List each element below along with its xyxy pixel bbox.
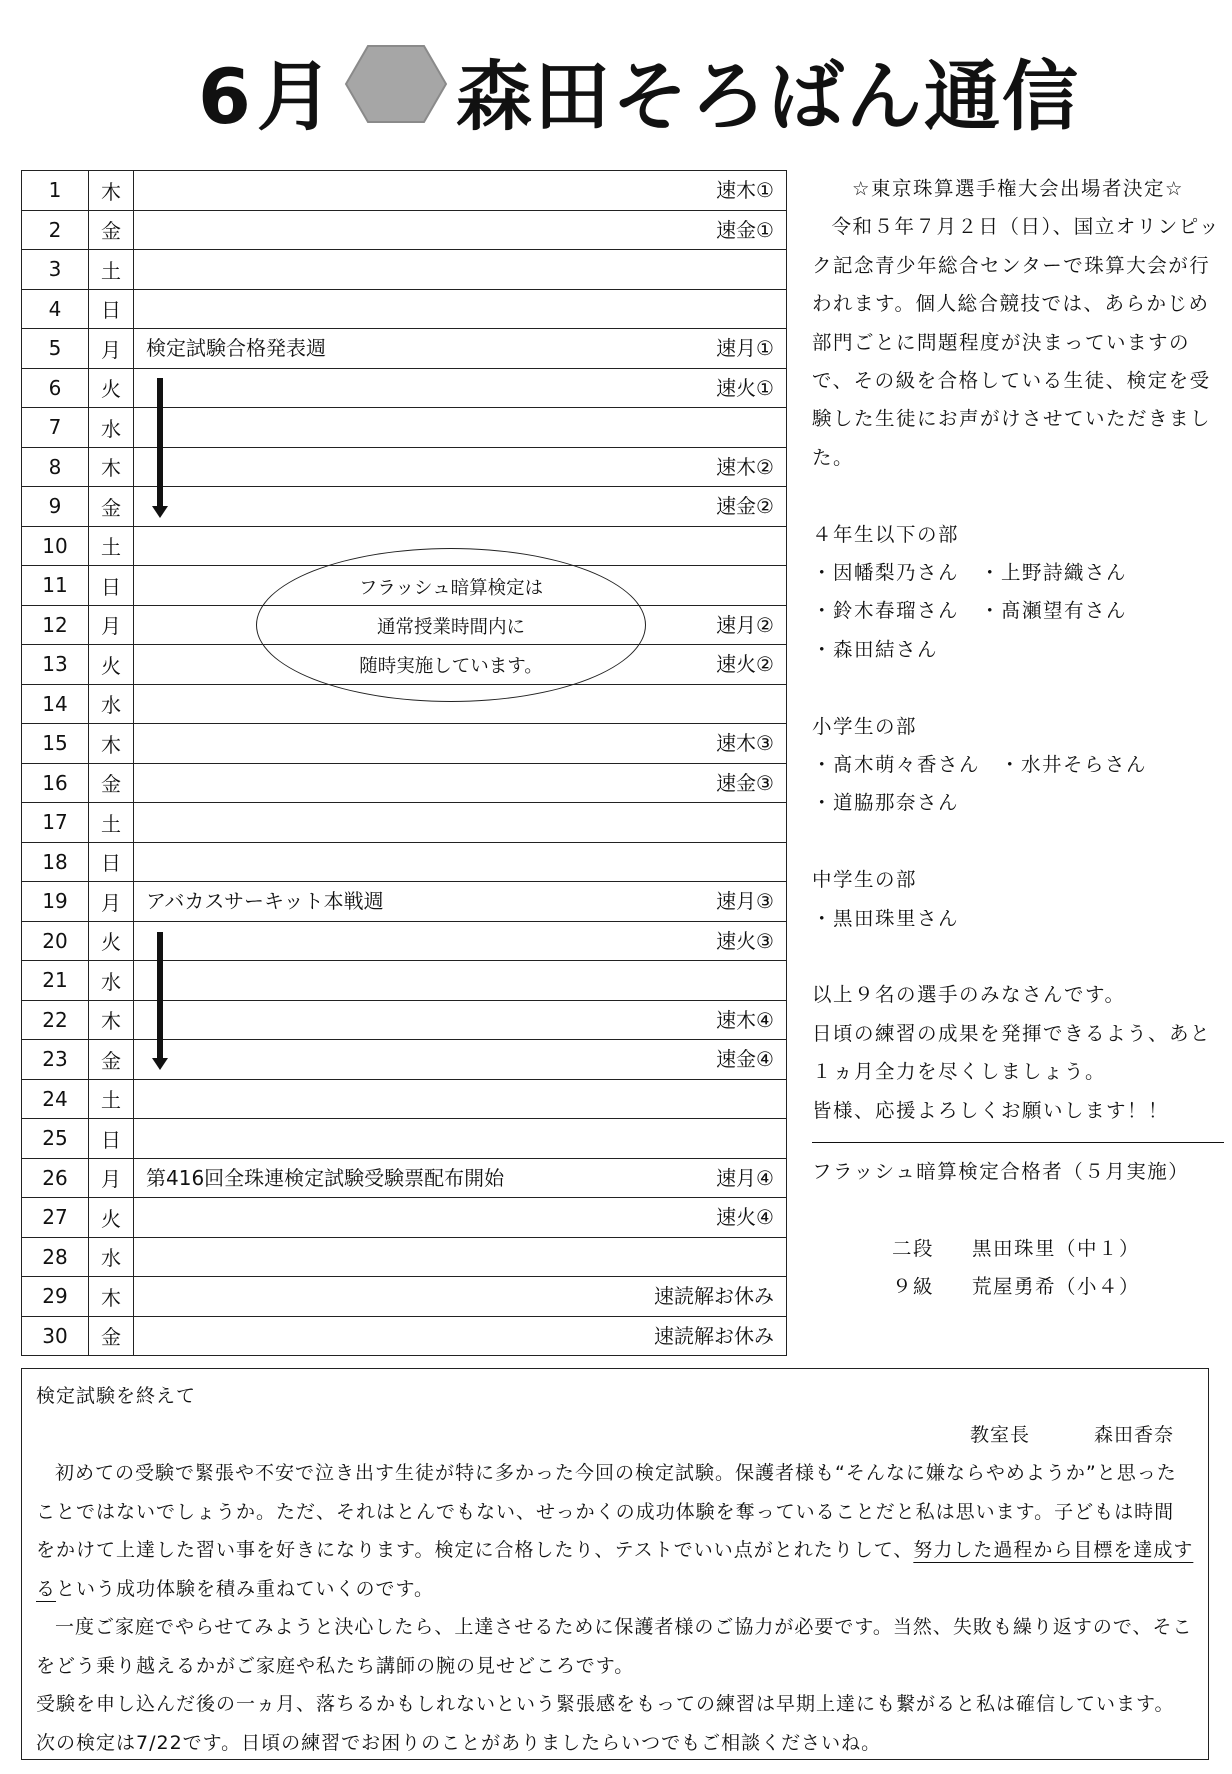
- participant-name: ・黒田珠里さん: [812, 900, 980, 938]
- event-cell: [134, 803, 787, 843]
- day-number: 28: [22, 1237, 89, 1277]
- weekday: 火: [89, 921, 134, 961]
- day-number: 20: [22, 921, 89, 961]
- closing-line: 皆様、応援よろしくお願いします！！: [812, 1092, 1224, 1130]
- day-number: 25: [22, 1119, 89, 1159]
- participant-row: ・森田結さん: [812, 631, 1224, 669]
- weekday: 月: [89, 1158, 134, 1198]
- weekday: 水: [89, 961, 134, 1001]
- weekday: 金: [89, 763, 134, 803]
- speed-class-note: 速木③: [716, 724, 774, 762]
- day-number: 7: [22, 408, 89, 448]
- calendar-row: 29木速読解お休み: [22, 1277, 787, 1317]
- day-number: 26: [22, 1158, 89, 1198]
- day-number: 9: [22, 487, 89, 527]
- flash-results-title: フラッシュ暗算検定合格者（５月実施）: [812, 1153, 1224, 1191]
- participant-row: ・道脇那奈さん: [812, 784, 1224, 822]
- event-cell: [134, 961, 787, 1001]
- event-text: アバカスサーキット本戦週: [146, 882, 384, 920]
- calendar-row: 6火速火①: [22, 368, 787, 408]
- day-number: 12: [22, 605, 89, 645]
- weekday: 火: [89, 1198, 134, 1238]
- calendar-row: 8木速木②: [22, 447, 787, 487]
- event-cell: 速読解お休み: [134, 1316, 787, 1356]
- day-number: 11: [22, 566, 89, 606]
- calendar-row: 20火速火③: [22, 921, 787, 961]
- weekday: 火: [89, 368, 134, 408]
- speed-class-note: 速月④: [716, 1159, 774, 1197]
- division-title: ４年生以下の部: [812, 516, 1224, 554]
- calendar-row: 9金速金②: [22, 487, 787, 527]
- arrow-down-icon: [157, 378, 163, 508]
- essay-paragraph: 一度ご家庭でやらせてみようと決心したら、上達させるために保護者様のご協力が必要で…: [36, 1608, 1194, 1685]
- day-number: 10: [22, 526, 89, 566]
- participant-row: ・黒田珠里さん: [812, 900, 1224, 938]
- division-title: 小学生の部: [812, 708, 1224, 746]
- event-cell: 検定試験合格発表週速月①: [134, 329, 787, 369]
- weekday: 日: [89, 566, 134, 606]
- participant-name: ・水井そらさん: [1000, 746, 1147, 784]
- speed-class-note: 速木①: [716, 171, 774, 209]
- calendar-row: 26月第416回全珠連検定試験受験票配布開始速月④: [22, 1158, 787, 1198]
- speed-class-note: 速火①: [716, 369, 774, 407]
- calendar-row: 24土: [22, 1079, 787, 1119]
- event-cell: 速火④: [134, 1198, 787, 1238]
- day-number: 16: [22, 763, 89, 803]
- day-number: 17: [22, 803, 89, 843]
- day-number: 27: [22, 1198, 89, 1238]
- event-cell: アバカスサーキット本戦週速月③: [134, 882, 787, 922]
- speed-class-note: 速木④: [716, 1001, 774, 1039]
- event-cell: [134, 1237, 787, 1277]
- day-number: 18: [22, 842, 89, 882]
- speed-class-note: 速月①: [716, 329, 774, 367]
- flash-result: ９級 荒屋勇希（小４）: [812, 1268, 1224, 1306]
- calendar-row: 18日: [22, 842, 787, 882]
- weekday: 木: [89, 171, 134, 211]
- speed-class-note: 速金④: [716, 1040, 774, 1078]
- day-number: 22: [22, 1000, 89, 1040]
- day-number: 21: [22, 961, 89, 1001]
- weekday: 金: [89, 1040, 134, 1080]
- participant-name: ・鈴木春瑠さん: [812, 592, 980, 630]
- participant-name: ・髙木萌々香さん: [812, 746, 1000, 784]
- event-cell: 速金④: [134, 1040, 787, 1080]
- calendar-row: 7水: [22, 408, 787, 448]
- weekday: 木: [89, 1000, 134, 1040]
- weekday: 水: [89, 684, 134, 724]
- event-cell: 速火①: [134, 368, 787, 408]
- weekday: 土: [89, 526, 134, 566]
- oval-line: 通常授業時間内に: [257, 608, 645, 647]
- weekday: 月: [89, 882, 134, 922]
- speed-class-note: 速金②: [716, 487, 774, 525]
- calendar-row: 23金速金④: [22, 1040, 787, 1080]
- day-number: 5: [22, 329, 89, 369]
- weekday: 日: [89, 289, 134, 329]
- speed-class-note: 速金①: [716, 211, 774, 249]
- event-text: 検定試験合格発表週: [146, 329, 326, 367]
- calendar-row: 27火速火④: [22, 1198, 787, 1238]
- event-cell: 速読解お休み: [134, 1277, 787, 1317]
- event-cell: 速金②: [134, 487, 787, 527]
- speed-class-note: 速金③: [716, 764, 774, 802]
- calendar-row: 21水: [22, 961, 787, 1001]
- event-cell: 速木②: [134, 447, 787, 487]
- division-title: 中学生の部: [812, 861, 1224, 899]
- oval-line: フラッシュ暗算検定は: [257, 569, 645, 608]
- event-cell: 速金①: [134, 210, 787, 250]
- flash-notice-oval: フラッシュ暗算検定は 通常授業時間内に 随時実施しています。: [256, 548, 646, 702]
- announcement-heading: ☆東京珠算選手権大会出場者決定☆: [812, 170, 1224, 208]
- day-number: 6: [22, 368, 89, 408]
- weekday: 日: [89, 842, 134, 882]
- essay-box: 検定試験を終えて 教室長森田香奈 初めての受験で緊張や不安で泣き出す生徒が特に多…: [21, 1368, 1209, 1760]
- day-number: 24: [22, 1079, 89, 1119]
- participant-name: ・道脇那奈さん: [812, 784, 1000, 822]
- day-number: 14: [22, 684, 89, 724]
- speed-class-note: 速読解お休み: [654, 1317, 774, 1355]
- speed-class-note: 速月③: [716, 882, 774, 920]
- title-main: 森田そろばん通信: [456, 36, 1080, 145]
- divider: [812, 1142, 1224, 1143]
- essay-title: 検定試験を終えて: [36, 1377, 1194, 1416]
- weekday: 金: [89, 1316, 134, 1356]
- event-cell: 速木③: [134, 724, 787, 764]
- essay-paragraph: 受験を申し込んだ後の一ヵ月、落ちるかもしれないという緊張感をもっての練習は早期上…: [36, 1685, 1194, 1762]
- speed-class-note: 速月②: [716, 606, 774, 644]
- event-cell: [134, 842, 787, 882]
- announcement-intro: 令和５年７月２日（日）、国立オリンピック記念青少年総合センターで珠算大会が行われ…: [812, 208, 1224, 477]
- weekday: 月: [89, 605, 134, 645]
- weekday: 木: [89, 724, 134, 764]
- event-cell: [134, 1079, 787, 1119]
- weekday: 日: [89, 1119, 134, 1159]
- participant-row: ・鈴木春瑠さん・髙瀬望有さん: [812, 592, 1224, 630]
- title-month: 6月: [198, 36, 339, 145]
- flash-result: 二段 黒田珠里（中１）: [812, 1230, 1224, 1268]
- participant-name: ・上野詩織さん: [980, 554, 1127, 592]
- calendar-row: 22木速木④: [22, 1000, 787, 1040]
- weekday: 木: [89, 447, 134, 487]
- calendar-row: 25日: [22, 1119, 787, 1159]
- calendar-row: 16金速金③: [22, 763, 787, 803]
- weekday: 月: [89, 329, 134, 369]
- calendar-row: 5月検定試験合格発表週速月①: [22, 329, 787, 369]
- participant-name: ・森田結さん: [812, 631, 980, 669]
- weekday: 水: [89, 408, 134, 448]
- weekday: 火: [89, 645, 134, 685]
- day-number: 3: [22, 250, 89, 290]
- participant-row: ・髙木萌々香さん・水井そらさん: [812, 746, 1224, 784]
- calendar-table: 1木速木①2金速金①3土4日5月検定試験合格発表週速月①6火速火①7水8木速木②…: [21, 170, 787, 1356]
- day-number: 29: [22, 1277, 89, 1317]
- hexagon-icon: [344, 44, 448, 124]
- oval-line: 随時実施しています。: [257, 647, 645, 686]
- day-number: 15: [22, 724, 89, 764]
- calendar-row: 19月アバカスサーキット本戦週速月③: [22, 882, 787, 922]
- day-number: 8: [22, 447, 89, 487]
- arrow-down-icon: [157, 932, 163, 1060]
- calendar-row: 3土: [22, 250, 787, 290]
- speed-class-note: 速火②: [716, 645, 774, 683]
- event-cell: [134, 1119, 787, 1159]
- event-cell: 速金③: [134, 763, 787, 803]
- event-cell: [134, 408, 787, 448]
- event-cell: [134, 289, 787, 329]
- day-number: 1: [22, 171, 89, 211]
- day-number: 19: [22, 882, 89, 922]
- calendar-row: 4日: [22, 289, 787, 329]
- event-cell: [134, 250, 787, 290]
- event-cell: 速火③: [134, 921, 787, 961]
- weekday: 金: [89, 487, 134, 527]
- essay-author: 教室長森田香奈: [36, 1416, 1194, 1455]
- calendar-row: 30金速読解お休み: [22, 1316, 787, 1356]
- essay-paragraph: 初めての受験で緊張や不安で泣き出す生徒が特に多かった今回の検定試験。保護者様も“…: [36, 1454, 1194, 1608]
- speed-class-note: 速木②: [716, 448, 774, 486]
- weekday: 土: [89, 250, 134, 290]
- tournament-announcement: ☆東京珠算選手権大会出場者決定☆ 令和５年７月２日（日）、国立オリンピック記念青…: [812, 170, 1224, 1307]
- event-cell: 速木①: [134, 171, 787, 211]
- day-number: 2: [22, 210, 89, 250]
- event-text: 第416回全珠連検定試験受験票配布開始: [146, 1159, 504, 1197]
- closing-line: 日頃の練習の成果を発揮できるよう、あと１ヵ月全力を尽くしましょう。: [812, 1015, 1224, 1092]
- participant-name: ・因幡梨乃さん: [812, 554, 980, 592]
- speed-class-note: 速火③: [716, 922, 774, 960]
- weekday: 土: [89, 803, 134, 843]
- newsletter-title: 6月 森田そろばん通信: [0, 28, 1232, 138]
- weekday: 木: [89, 1277, 134, 1317]
- speed-class-note: 速読解お休み: [654, 1277, 774, 1315]
- weekday: 土: [89, 1079, 134, 1119]
- calendar-row: 28水: [22, 1237, 787, 1277]
- calendar-row: 17土: [22, 803, 787, 843]
- day-number: 13: [22, 645, 89, 685]
- calendar-row: 1木速木①: [22, 171, 787, 211]
- day-number: 23: [22, 1040, 89, 1080]
- participant-name: ・髙瀬望有さん: [980, 592, 1127, 630]
- weekday: 水: [89, 1237, 134, 1277]
- closing-line: 以上９名の選手のみなさんです。: [812, 976, 1224, 1014]
- event-cell: 第416回全珠連検定試験受験票配布開始速月④: [134, 1158, 787, 1198]
- speed-class-note: 速火④: [716, 1198, 774, 1236]
- day-number: 4: [22, 289, 89, 329]
- day-number: 30: [22, 1316, 89, 1356]
- participant-row: ・因幡梨乃さん・上野詩織さん: [812, 554, 1224, 592]
- event-cell: 速木④: [134, 1000, 787, 1040]
- weekday: 金: [89, 210, 134, 250]
- calendar-row: 2金速金①: [22, 210, 787, 250]
- calendar-row: 15木速木③: [22, 724, 787, 764]
